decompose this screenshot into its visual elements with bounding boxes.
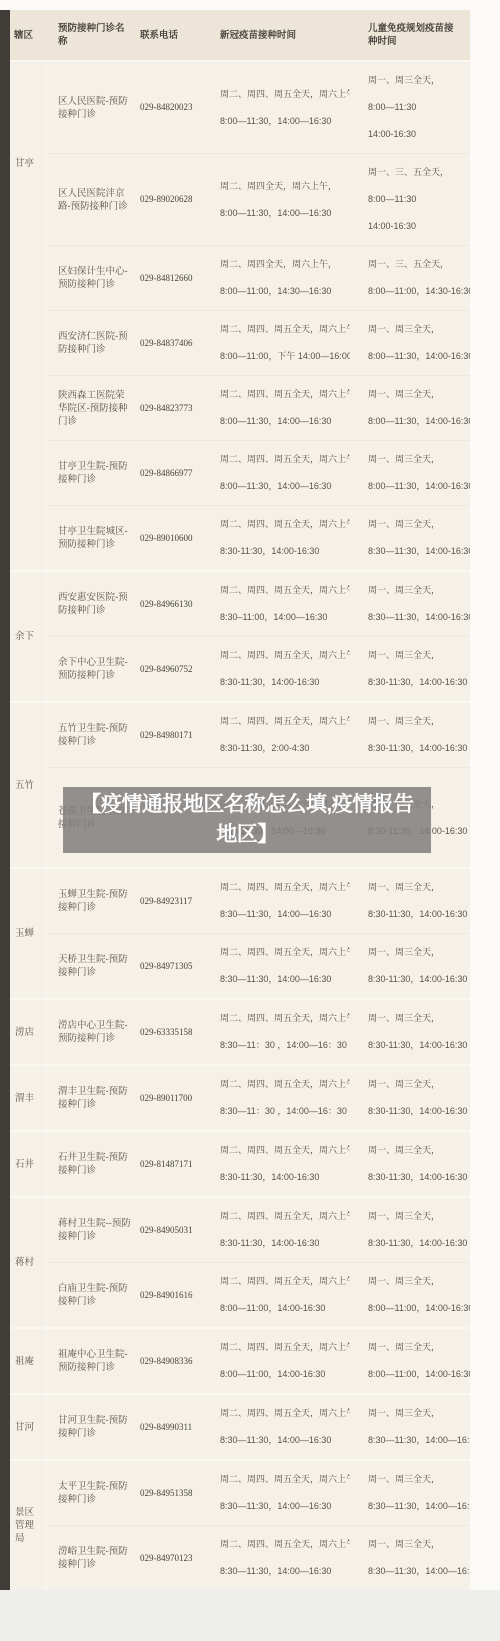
table-row: 涝店中心卫生院-预防接种门诊029-63335158周二、周四、周五全天，周六上…	[47, 1000, 470, 1064]
district-cell: 余下	[10, 572, 47, 701]
table-row: 区人民医院沣京路-预防接种门诊029-89020628周二、周四全天，周六上午，…	[47, 153, 470, 245]
clinic-name-cell: 区人民医院-预防接种门诊	[47, 95, 135, 121]
child-time-line: 8:00—11:30，14:00-16:30	[368, 415, 470, 428]
group-rows: 区人民医院-预防接种门诊029-84820023周二、周四、周五全天，周六上午，…	[47, 62, 470, 570]
child-time-line: 8:30-11:30，14:00-16:30	[368, 973, 467, 986]
child-time-cell: 周一、周三全天，8:30—11:30，14:00—16:30	[350, 1473, 470, 1513]
district-cell: 石井	[10, 1132, 47, 1196]
district-label: 甘亭	[15, 157, 34, 170]
group-rows: 石井卫生院-预防接种门诊029-81487171周二、周四、周五全天，周六上午，…	[47, 1132, 470, 1196]
phone-cell: 029-84970123	[135, 1552, 200, 1565]
watermark-overlay: 【疫情通报地区名称怎么填,疫情报告 地区】	[63, 787, 431, 853]
table-row: 西安惠安医院-预防接种门诊029-84966130周二、周四、周五全天，周六上午…	[47, 572, 470, 636]
phone-cell: 029-84901616	[135, 1289, 200, 1302]
child-time-cell: 周一、周三全天，8:30-11:30，14:00-16:30	[350, 946, 470, 986]
child-time-line: 周一、周三全天，	[368, 584, 470, 597]
covid-time-line: 周二、周四、周五全天，周六上午，	[220, 1012, 350, 1025]
covid-time-line: 周二、周四、周五全天，周六上午，	[220, 715, 350, 728]
child-time-cell: 周一、周三全天，8:00—11:00，14:00-16:30	[350, 1275, 470, 1315]
clinic-name-cell: 甘亭卫生院-预防接种门诊	[47, 460, 135, 486]
child-time-line: 周一、周三全天，	[368, 518, 470, 531]
child-time-line: 周一、周三全天，	[368, 1012, 467, 1025]
footer-strip	[0, 1590, 500, 1641]
covid-time-cell: 周二、周四、周五全天，周六上午，8:30—11:30，14:00—16:30	[200, 1473, 350, 1513]
child-time-line: 8:30-11:30，14:00-16:30	[368, 742, 467, 755]
header-phone: 联系电话	[135, 29, 200, 42]
covid-time-line: 8:30—11:30，14:00—16:30	[220, 908, 350, 921]
covid-time-line: 8:30—11:30，14:00—16:30	[220, 1565, 350, 1578]
phone-cell: 029-89010600	[135, 532, 200, 545]
child-time-cell: 周一、周三全天，8:00—11:00，14:00-16:30	[350, 1341, 470, 1381]
child-time-line: 周一、周三全天，	[368, 1078, 467, 1091]
covid-time-cell: 周二、周四全天，周六上午，8:00—11:00，14:30—16:30	[200, 258, 350, 298]
table-row: 渭丰卫生院-预防接种门诊029-89011700周二、周四、周五全天，周六上午，…	[47, 1066, 470, 1130]
district-group: 甘河甘河卫生院-预防接种门诊029-84990311周二、周四、周五全天，周六上…	[10, 1393, 470, 1459]
covid-time-line: 周二、周四、周五全天，周六上午，	[220, 1144, 350, 1157]
district-group: 祖庵祖庵中心卫生院-预防接种门诊029-84908336周二、周四、周五全天，周…	[10, 1327, 470, 1393]
district-label: 渭丰	[15, 1092, 34, 1105]
table-row: 蒋村卫生院--预防接种门诊029-84905031周二、周四、周五全天，周六上午…	[47, 1198, 470, 1262]
child-time-line: 周一、周三全天，	[368, 1407, 470, 1420]
district-cell: 五竹	[10, 703, 47, 867]
table-row: 陕西森工医院荣华院区-预防接种门诊029-84823773周二、周四、周五全天，…	[47, 375, 470, 440]
district-group: 景区管理局太平卫生院-预防接种门诊029-84951358周二、周四、周五全天，…	[10, 1459, 470, 1590]
table-row: 涝峪卫生院-预防接种门诊029-84970123周二、周四、周五全天，周六上午，…	[47, 1525, 470, 1590]
child-time-line: 8:30-11:30，14:00-16:30	[368, 1171, 467, 1184]
district-group: 甘亭区人民医院-预防接种门诊029-84820023周二、周四、周五全天，周六上…	[10, 62, 470, 570]
phone-cell: 029-84837406	[135, 337, 200, 350]
covid-time-cell: 周二、周四、周五全天，周六上午，8:00—11:30，14:00—16:30	[200, 453, 350, 493]
child-time-line: 周一、周三全天，	[368, 323, 470, 336]
child-time-line: 周一、三、五全天，	[368, 258, 470, 271]
district-cell: 渭丰	[10, 1066, 47, 1130]
clinic-name-cell: 太平卫生院-预防接种门诊	[47, 1480, 135, 1506]
covid-time-cell: 周二、周四、周五全天，周六上午，8:30—11:30，14:00—16:30	[200, 946, 350, 986]
child-time-line: 周一、周三全天，	[368, 1538, 470, 1551]
header-clinic-name: 预防接种门诊名称	[47, 22, 135, 48]
table-row: 区人民医院-预防接种门诊029-84820023周二、周四、周五全天，周六上午，…	[47, 62, 470, 153]
phone-cell: 029-84823773	[135, 402, 200, 415]
table-row: 甘亭卫生院城区-预防接种门诊029-89010600周二、周四、周五全天，周六上…	[47, 505, 470, 570]
child-time-cell: 周一、周三全天，8:00—11:30，14:00-16:30	[350, 323, 470, 363]
child-time-line: 8:00—11:30	[368, 101, 470, 114]
covid-time-cell: 周二、周四、周五全天，周六上午，8:30-11:30，14:00-16:30	[200, 1144, 350, 1184]
header-district: 辖区	[10, 29, 47, 42]
child-time-line: 8:00—11:00，14:30-16:30	[368, 285, 470, 298]
child-time-line: 14:00-16:30	[368, 220, 470, 233]
covid-time-cell: 周二、周四、周五全天，周六上午，8:30—11:30，14:00—16:30	[200, 1407, 350, 1447]
table-row: 祖庵中心卫生院-预防接种门诊029-84908336周二、周四、周五全天，周六上…	[47, 1329, 470, 1393]
covid-time-line: 周二、周四、周五全天，周六上午，	[220, 881, 350, 894]
child-time-line: 周一、周三全天，	[368, 946, 467, 959]
phone-cell: 029-84971305	[135, 960, 200, 973]
child-time-line: 8:00—11:00，14:00-16:30	[368, 1368, 470, 1381]
child-time-line: 8:30-11:30，14:00-16:30	[368, 676, 470, 689]
table-row: 区妇保计生中心-预防接种门诊029-84812660周二、周四全天，周六上午，8…	[47, 245, 470, 310]
district-label: 玉蝉	[15, 927, 34, 940]
child-time-line: 8:30-11:30，14:00-16:30	[368, 1237, 470, 1250]
child-time-line: 8:00—11:00，14:00-16:30	[368, 1302, 470, 1315]
covid-time-line: 周二、周四、周五全天，周六上午，	[220, 518, 350, 531]
covid-time-cell: 周二、周四、周五全天，周六上午，8:00—11:30，14:00—16:30	[200, 88, 350, 128]
covid-time-line: 8:30-11:30，14:00-16:30	[220, 676, 350, 689]
child-time-cell: 周一、周三全天，8:30-11:30，14:00-16:30	[350, 715, 470, 755]
child-time-line: 周一、三、五全天，	[368, 166, 470, 179]
covid-time-line: 周二、周四、周五全天，周六上午，	[220, 1407, 350, 1420]
child-time-line: 周一、周三全天，	[368, 649, 470, 662]
district-cell: 祖庵	[10, 1329, 47, 1393]
table-row: 石井卫生院-预防接种门诊029-81487171周二、周四、周五全天，周六上午，…	[47, 1132, 470, 1196]
child-time-cell: 周一、三、五全天，8:00—11:3014:00-16:30	[350, 166, 470, 233]
clinic-name-cell: 白庙卫生院-预防接种门诊	[47, 1282, 135, 1308]
right-margin-strip	[470, 10, 500, 1590]
child-time-cell: 周一、周三全天，8:30-11:30，14:00-16:30	[350, 1144, 470, 1184]
group-rows: 涝店中心卫生院-预防接种门诊029-63335158周二、周四、周五全天，周六上…	[47, 1000, 470, 1064]
covid-time-line: 8:30-11:30，14:00-16:30	[220, 545, 350, 558]
child-time-line: 周一、周三全天，	[368, 388, 470, 401]
group-rows: 甘河卫生院-预防接种门诊029-84990311周二、周四、周五全天，周六上午，…	[47, 1395, 470, 1459]
child-time-line: 8:30-11:30，14:00-16:30	[368, 1105, 467, 1118]
covid-time-cell: 周二、周四、周五全天，周六上午，8:00—11:30，14:00—16:30	[200, 388, 350, 428]
child-time-line: 8:00—11:30	[368, 193, 470, 206]
clinic-name-cell: 区人民医院沣京路-预防接种门诊	[47, 187, 135, 213]
covid-time-cell: 周二、周四全天，周六上午，8:00—11:30，14:00—16:30	[200, 180, 350, 220]
child-time-line: 周一、周三全天，	[368, 1341, 470, 1354]
clinic-name-cell: 西安济仁医院-预防接种门诊	[47, 330, 135, 356]
child-time-line: 周一、周三全天，	[368, 453, 470, 466]
table-row: 玉蝉卫生院-预防接种门诊029-84923117周二、周四、周五全天，周六上午，…	[47, 869, 470, 933]
child-time-cell: 周一、周三全天，8:00—11:30，14:00-16:30	[350, 453, 470, 493]
child-time-line: 周一、周三全天，	[368, 1275, 470, 1288]
district-label: 景区管理局	[15, 1506, 38, 1545]
header-covid-time: 新冠疫苗接种时间	[200, 29, 350, 42]
clinic-name-cell: 西安惠安医院-预防接种门诊	[47, 591, 135, 617]
covid-time-line: 8:00—11:00，14:00-16:30	[220, 1368, 350, 1381]
covid-time-cell: 周二、周四、周五全天，周六上午，8:30—11：30 ，14:00—16：30	[200, 1078, 350, 1118]
clinic-name-cell: 祖庵中心卫生院-预防接种门诊	[47, 1348, 135, 1374]
clinic-name-cell: 甘河卫生院-预防接种门诊	[47, 1414, 135, 1440]
covid-time-cell: 周二、周四、周五全天，周六上午，8:30-11:30，14:00-16:30	[200, 1210, 350, 1250]
district-group: 渭丰渭丰卫生院-预防接种门诊029-89011700周二、周四、周五全天，周六上…	[10, 1064, 470, 1130]
covid-time-cell: 周二、周四、周五全天，周六上午，8:30—11:30，14:00—16:30	[200, 881, 350, 921]
covid-time-line: 周二、周四全天，周六上午，	[220, 258, 350, 271]
district-label: 涝店	[15, 1026, 34, 1039]
covid-time-line: 8:00—11:00，14:00-16:30	[220, 1302, 350, 1315]
covid-time-cell: 周二、周四、周五全天，周六上午，8:30—11：30 ，14:00—16：30	[200, 1012, 350, 1052]
header-child-time: 儿童免疫规划疫苗接种时间	[350, 22, 470, 48]
table-row: 太平卫生院-预防接种门诊029-84951358周二、周四、周五全天，周六上午，…	[47, 1461, 470, 1525]
covid-time-cell: 周二、周四、周五全天，周六上午，8:30—11:30，14:00—16:30	[200, 1538, 350, 1578]
covid-time-cell: 周二、周四、周五全天，周六上午，8:00—11:00，14:00-16:30	[200, 1275, 350, 1315]
covid-time-line: 周二、周四、周五全天，周六上午，	[220, 649, 350, 662]
clinic-name-cell: 渭丰卫生院-预防接种门诊	[47, 1085, 135, 1111]
child-time-cell: 周一、周三全天，8:30—11:30，14:00-16:30	[350, 584, 470, 624]
child-time-line: 周一、周三全天，	[368, 74, 470, 87]
covid-time-line: 周二、周四、周五全天，周六上午，	[220, 1275, 350, 1288]
district-label: 祖庵	[15, 1355, 34, 1368]
clinic-name-cell: 甘亭卫生院城区-预防接种门诊	[47, 525, 135, 551]
phone-cell: 029-84980171	[135, 729, 200, 742]
clinic-name-cell: 陕西森工医院荣华院区-预防接种门诊	[47, 389, 135, 428]
district-cell: 景区管理局	[10, 1461, 47, 1590]
covid-time-line: 周二、周四、周五全天，周六上午，	[220, 1078, 350, 1091]
district-cell: 甘亭	[10, 62, 47, 570]
covid-time-line: 8:00—11:30，14:00—16:30	[220, 207, 350, 220]
covid-time-line: 周二、周四全天，周六上午，	[220, 180, 350, 193]
covid-time-line: 周二、周四、周五全天，周六上午，	[220, 1473, 350, 1486]
district-label: 甘河	[15, 1421, 34, 1434]
child-time-line: 8:30-11:30，14:00-16:30	[368, 908, 467, 921]
phone-cell: 029-84905031	[135, 1224, 200, 1237]
district-label: 石井	[15, 1158, 34, 1171]
child-time-cell: 周一、周三全天，8:30—11:30，14:00—16:30	[350, 1407, 470, 1447]
clinic-name-cell: 区妇保计生中心-预防接种门诊	[47, 265, 135, 291]
covid-time-cell: 周二、周四、周五全天，周六上午，8:30–11:00，14:00—16:30	[200, 584, 350, 624]
child-time-cell: 周一、周三全天，8:30-11:30，14:00-16:30	[350, 881, 470, 921]
clinic-name-cell: 天桥卫生院-预防接种门诊	[47, 953, 135, 979]
table-header-row: 辖区 预防接种门诊名称 联系电话 新冠疫苗接种时间 儿童免疫规划疫苗接种时间	[10, 10, 470, 62]
child-time-cell: 周一、周三全天，8:30-11:30，14:00-16:30	[350, 1078, 470, 1118]
clinic-name-cell: 涝店中心卫生院-预防接种门诊	[47, 1019, 135, 1045]
covid-time-line: 8:30-11:30，2:00-4:30	[220, 742, 350, 755]
group-rows: 太平卫生院-预防接种门诊029-84951358周二、周四、周五全天，周六上午，…	[47, 1461, 470, 1590]
covid-time-line: 8:30-11:30，14:00-16:30	[220, 1171, 350, 1184]
covid-time-line: 8:00—11:30，14:00—16:30	[220, 415, 350, 428]
top-margin-strip	[0, 0, 500, 10]
phone-cell: 029-89011700	[135, 1092, 200, 1105]
group-rows: 西安惠安医院-预防接种门诊029-84966130周二、周四、周五全天，周六上午…	[47, 572, 470, 701]
phone-cell: 029-81487171	[135, 1158, 200, 1171]
phone-cell: 029-84951358	[135, 1487, 200, 1500]
clinic-name-cell: 蒋村卫生院--预防接种门诊	[47, 1217, 135, 1243]
clinic-name-cell: 涝峪卫生院-预防接种门诊	[47, 1545, 135, 1571]
child-time-line: 周一、周三全天，	[368, 1210, 470, 1223]
child-time-line: 8:30-11:30，14:00-16:30	[368, 1039, 467, 1052]
phone-cell: 029-84923117	[135, 895, 200, 908]
covid-time-line: 周二、周四、周五全天，周六上午，	[220, 584, 350, 597]
table-row: 西安济仁医院-预防接种门诊029-84837406周二、周四、周五全天，周六上午…	[47, 310, 470, 375]
phone-cell: 029-63335158	[135, 1026, 200, 1039]
district-group: 玉蝉玉蝉卫生院-预防接种门诊029-84923117周二、周四、周五全天，周六上…	[10, 867, 470, 998]
district-label: 五竹	[15, 779, 34, 792]
group-rows: 渭丰卫生院-预防接种门诊029-89011700周二、周四、周五全天，周六上午，…	[47, 1066, 470, 1130]
clinic-name-cell: 玉蝉卫生院-预防接种门诊	[47, 888, 135, 914]
district-group: 蒋村蒋村卫生院--预防接种门诊029-84905031周二、周四、周五全天，周六…	[10, 1196, 470, 1327]
phone-cell: 029-84866977	[135, 467, 200, 480]
group-rows: 蒋村卫生院--预防接种门诊029-84905031周二、周四、周五全天，周六上午…	[47, 1198, 470, 1327]
child-time-line: 8:30—11:30，14:00-16:30	[368, 545, 470, 558]
phone-cell: 029-84966130	[135, 598, 200, 611]
table-row: 甘亭卫生院-预防接种门诊029-84866977周二、周四、周五全天，周六上午，…	[47, 440, 470, 505]
district-cell: 蒋村	[10, 1198, 47, 1327]
child-time-line: 8:30—11:30，14:00—16:30	[368, 1434, 470, 1447]
table-row: 五竹卫生院-预防接种门诊029-84980171周二、周四、周五全天，周六上午，…	[47, 703, 470, 767]
child-time-cell: 周一、周三全天，8:00—11:30，14:00-16:30	[350, 388, 470, 428]
phone-cell: 029-89020628	[135, 193, 200, 206]
covid-time-line: 周二、周四、周五全天，周六上午，	[220, 88, 350, 101]
group-rows: 玉蝉卫生院-预防接种门诊029-84923117周二、周四、周五全天，周六上午，…	[47, 869, 470, 998]
covid-time-line: 8:00—11:30，14:00—16:30	[220, 115, 350, 128]
covid-time-line: 8:30-11:30，14:00-16:30	[220, 1237, 350, 1250]
child-time-cell: 周一、周三全天，8:30-11:30，14:00-16:30	[350, 1012, 470, 1052]
child-time-cell: 周一、周三全天，8:00—11:3014:00-16:30	[350, 74, 470, 141]
child-time-line: 14:00-16:30	[368, 128, 470, 141]
table-row: 白庙卫生院-预防接种门诊029-84901616周二、周四、周五全天，周六上午，…	[47, 1262, 470, 1327]
child-time-line: 8:30—11:30，14:00—16:30	[368, 1500, 470, 1513]
child-time-cell: 周一、周三全天，8:30—11:30，14:00-16:30	[350, 518, 470, 558]
district-cell: 涝店	[10, 1000, 47, 1064]
district-label: 余下	[15, 630, 34, 643]
child-time-cell: 周一、周三全天，8:30-11:30，14:00-16:30	[350, 1210, 470, 1250]
page: 辖区 预防接种门诊名称 联系电话 新冠疫苗接种时间 儿童免疫规划疫苗接种时间 甘…	[0, 0, 500, 1641]
district-cell: 甘河	[10, 1395, 47, 1459]
child-time-line: 8:00—11:30，14:00-16:30	[368, 480, 470, 493]
child-time-line: 周一、周三全天，	[368, 881, 467, 894]
child-time-cell: 周一、三、五全天，8:00—11:00，14:30-16:30	[350, 258, 470, 298]
clinic-name-cell: 余下中心卫生院-预防接种门诊	[47, 656, 135, 682]
covid-time-cell: 周二、周四、周五全天，周六上午，8:00—11:00，14:00-16:30	[200, 1341, 350, 1381]
district-cell: 玉蝉	[10, 869, 47, 998]
covid-time-line: 周二、周四、周五全天，周六上午，	[220, 1538, 350, 1551]
clinic-name-cell: 石井卫生院-预防接种门诊	[47, 1151, 135, 1177]
covid-time-line: 8:30—11:30，14:00—16:30	[220, 1434, 350, 1447]
covid-time-line: 8:00—11:30，14:00—16:30	[220, 480, 350, 493]
phone-cell: 029-84908336	[135, 1355, 200, 1368]
covid-time-line: 8:30–11:00，14:00—16:30	[220, 611, 350, 624]
clinic-name-cell: 五竹卫生院-预防接种门诊	[47, 722, 135, 748]
covid-time-line: 周二、周四、周五全天，周六上午，	[220, 1210, 350, 1223]
district-group: 涝店涝店中心卫生院-预防接种门诊029-63335158周二、周四、周五全天，周…	[10, 998, 470, 1064]
table-row: 甘河卫生院-预防接种门诊029-84990311周二、周四、周五全天，周六上午，…	[47, 1395, 470, 1459]
covid-time-line: 周二、周四、周五全天，周六上午，	[220, 453, 350, 466]
district-group: 余下西安惠安医院-预防接种门诊029-84966130周二、周四、周五全天，周六…	[10, 570, 470, 701]
district-label: 蒋村	[15, 1256, 34, 1269]
district-group: 石井石井卫生院-预防接种门诊029-81487171周二、周四、周五全天，周六上…	[10, 1130, 470, 1196]
watermark-text-line2: 地区】	[216, 820, 278, 850]
covid-time-cell: 周二、周四、周五全天，周六上午，8:30-11:30，14:00-16:30	[200, 518, 350, 558]
covid-time-cell: 周二、周四、周五全天，周六上午，8:30-11:30，14:00-16:30	[200, 649, 350, 689]
phone-cell: 029-84812660	[135, 272, 200, 285]
covid-time-line: 8:30—11：30 ，14:00—16：30	[220, 1105, 350, 1118]
watermark-text-line1: 【疫情通报地区名称怎么填,疫情报告	[80, 790, 413, 820]
table-row: 天桥卫生院-预防接种门诊029-84971305周二、周四、周五全天，周六上午，…	[47, 933, 470, 998]
covid-time-cell: 周二、周四、周五全天，周六上午，8:30-11:30，2:00-4:30	[200, 715, 350, 755]
covid-time-line: 8:00—11:00，下午 14:00—16:00，	[220, 350, 350, 363]
table-row: 余下中心卫生院-预防接种门诊029-84960752周二、周四、周五全天，周六上…	[47, 636, 470, 701]
covid-time-cell: 周二、周四、周五全天，周六上午，8:00—11:00，下午 14:00—16:0…	[200, 323, 350, 363]
covid-time-line: 周二、周四、周五全天，周六上午，	[220, 323, 350, 336]
covid-time-line: 8:30—11：30 ，14:00—16：30	[220, 1039, 350, 1052]
phone-cell: 029-84960752	[135, 663, 200, 676]
covid-time-line: 周二、周四、周五全天，周六上午，	[220, 1341, 350, 1354]
child-time-line: 周一、周三全天，	[368, 715, 467, 728]
covid-time-line: 8:00—11:00，14:30—16:30	[220, 285, 350, 298]
phone-cell: 029-84820023	[135, 101, 200, 114]
left-dark-strip	[0, 10, 10, 1590]
covid-time-line: 8:30—11:30，14:00—16:30	[220, 973, 350, 986]
covid-time-line: 周二、周四、周五全天，周六上午，	[220, 946, 350, 959]
group-rows: 祖庵中心卫生院-预防接种门诊029-84908336周二、周四、周五全天，周六上…	[47, 1329, 470, 1393]
phone-cell: 029-84990311	[135, 1421, 200, 1434]
child-time-cell: 周一、周三全天，8:30—11:30，14:00—16:30	[350, 1538, 470, 1578]
covid-time-line: 周二、周四、周五全天，周六上午，	[220, 388, 350, 401]
child-time-line: 8:00—11:30，14:00-16:30	[368, 350, 470, 363]
covid-time-line: 8:30—11:30，14:00—16:30	[220, 1500, 350, 1513]
child-time-line: 8:30—11:30，14:00-16:30	[368, 611, 470, 624]
child-time-line: 周一、周三全天，	[368, 1473, 470, 1486]
child-time-line: 8:30—11:30，14:00—16:30	[368, 1565, 470, 1578]
child-time-line: 周一、周三全天，	[368, 1144, 467, 1157]
child-time-cell: 周一、周三全天，8:30-11:30，14:00-16:30	[350, 649, 470, 689]
